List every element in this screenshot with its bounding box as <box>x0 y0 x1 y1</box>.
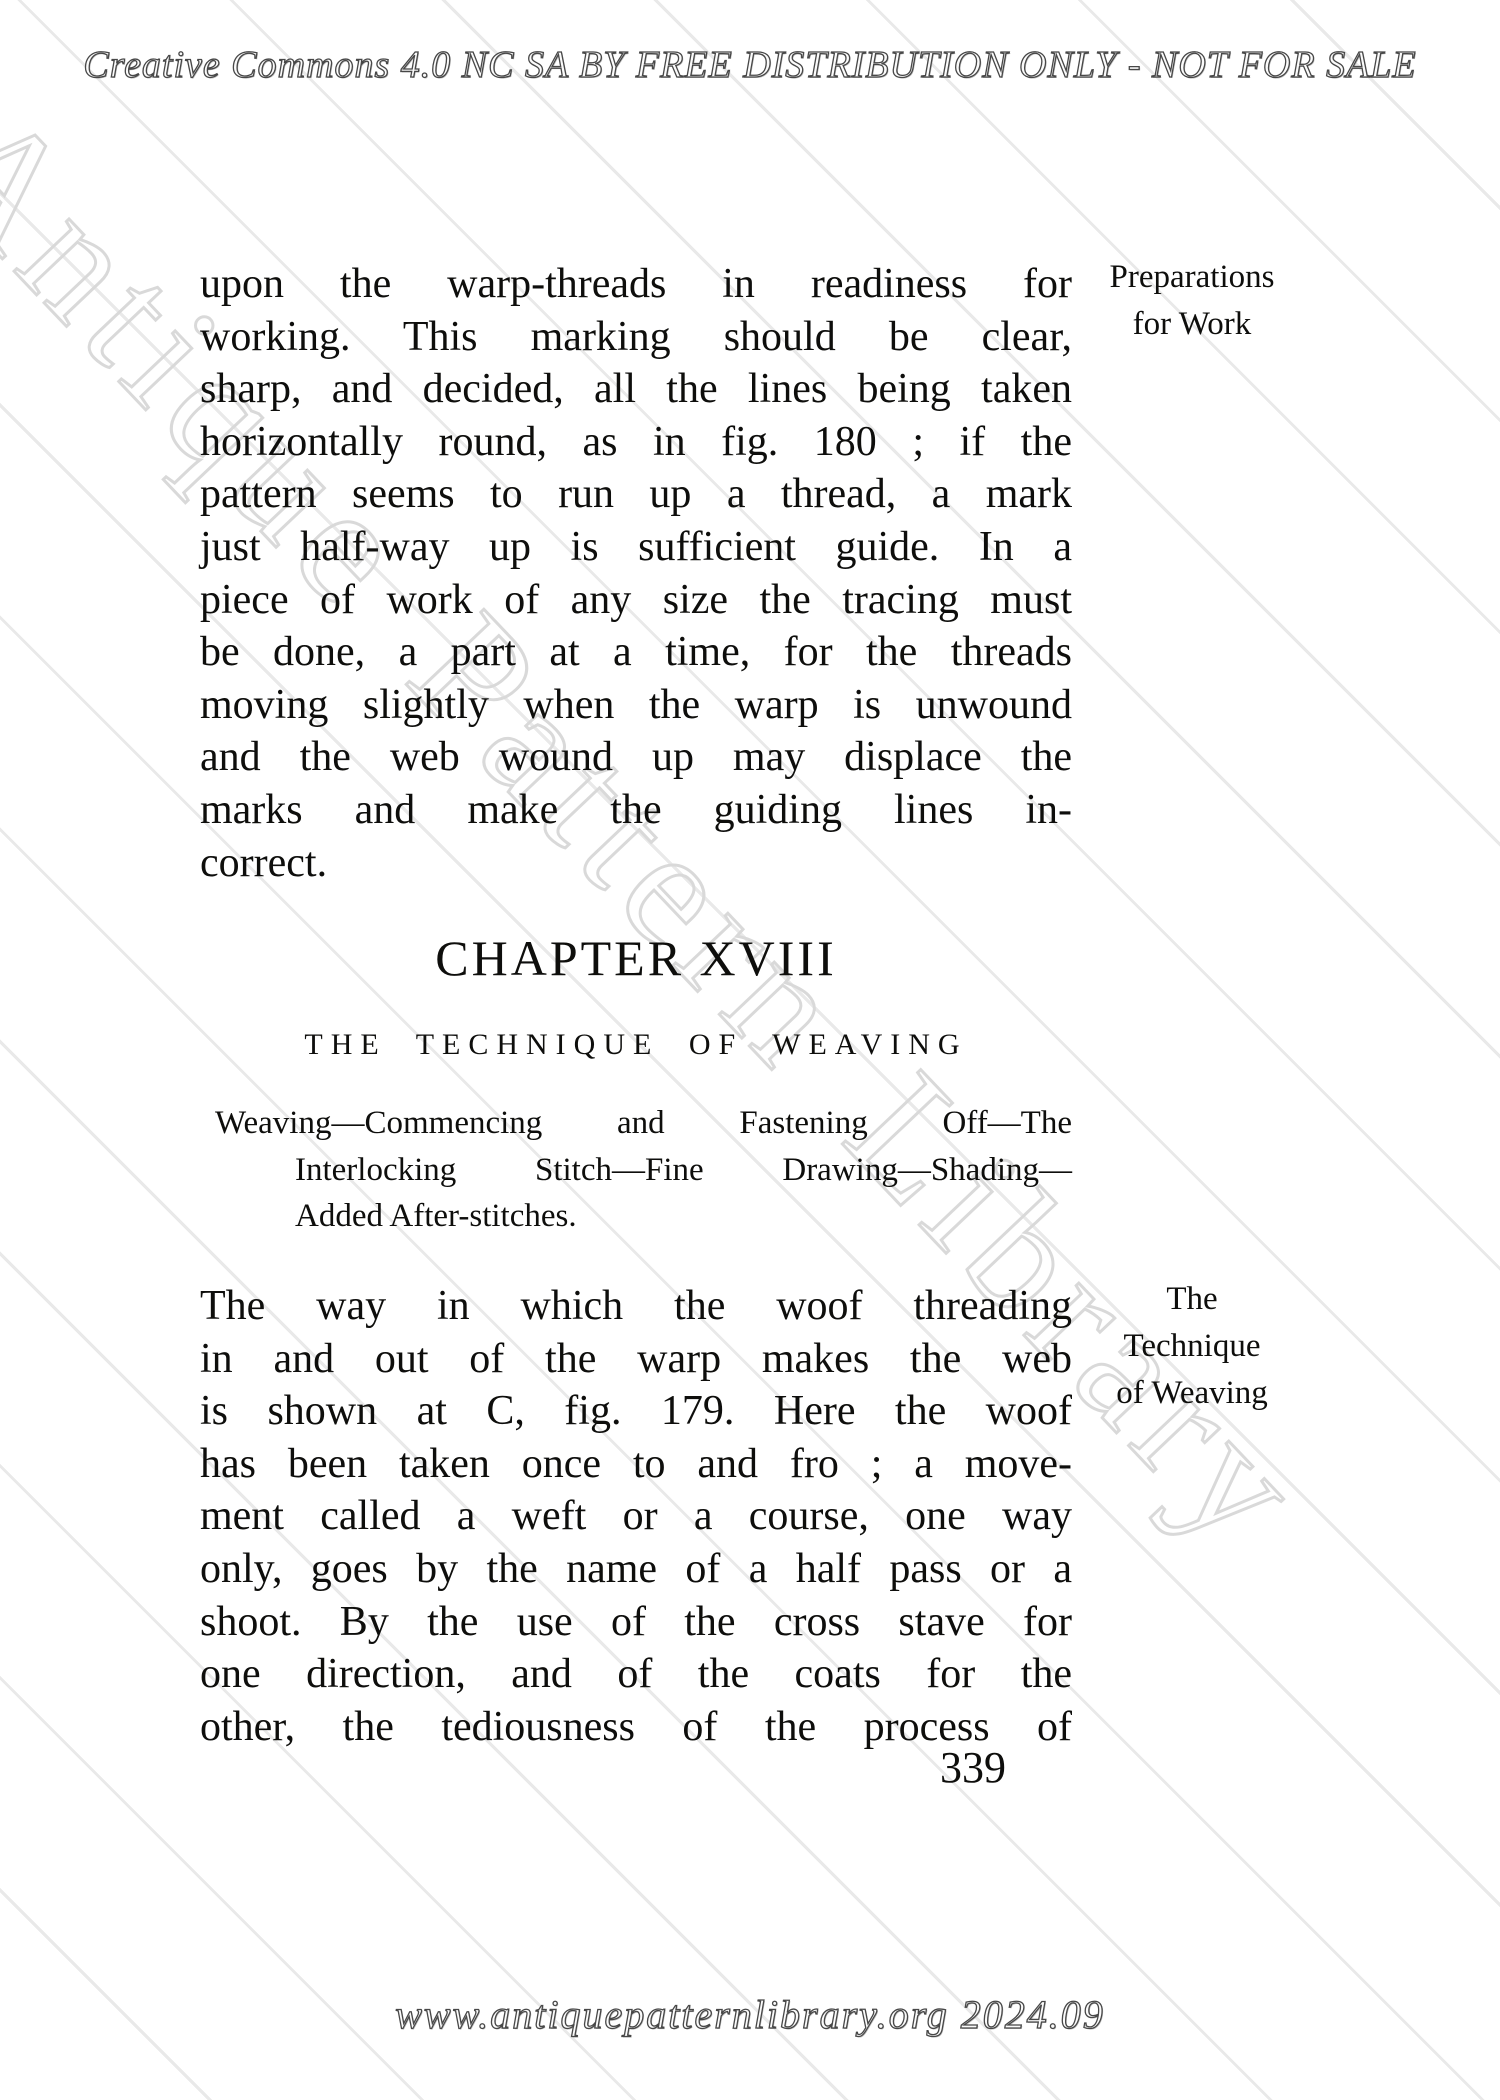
paragraph-2: The way in which the woof threadingin an… <box>200 1280 1072 1753</box>
text-line: and the web wound up may displace the <box>200 731 1072 784</box>
text-line: just half-way up is sufficient guide. In… <box>200 521 1072 574</box>
text-line: has been taken once to and fro ; a move- <box>200 1438 1072 1491</box>
chapter-subtitle: THE TECHNIQUE OF WEAVING <box>200 1026 1072 1064</box>
text-line: horizontally round, as in fig. 180 ; if … <box>200 416 1072 469</box>
chapter-summary: Weaving—Commencing and Fastening Off—The… <box>200 1100 1072 1240</box>
text-line: pattern seems to run up a thread, a mark <box>200 468 1072 521</box>
text-line: in and out of the warp makes the web <box>200 1333 1072 1386</box>
text-line: is shown at C, fig. 179. Here the woof <box>200 1385 1072 1438</box>
text-line: Added After-stitches. <box>200 1193 1072 1240</box>
text-line: ment called a weft or a course, one way <box>200 1490 1072 1543</box>
text-line: sharp, and decided, all the lines being … <box>200 363 1072 416</box>
paragraph-1: upon the warp-threads in readiness forwo… <box>200 258 1072 889</box>
text-line: of Weaving <box>1085 1370 1299 1417</box>
text-line: Weaving—Commencing and Fastening Off—The <box>200 1100 1072 1147</box>
book-page: Antique Pattern Library Creative Commons… <box>0 0 1500 2100</box>
chapter-title: CHAPTER XVIII <box>200 930 1072 986</box>
margin-note-technique: TheTechniqueof Weaving <box>1085 1276 1299 1417</box>
text-line: moving slightly when the warp is unwound <box>200 679 1072 732</box>
text-line: The <box>1085 1276 1299 1323</box>
text-line: piece of work of any size the tracing mu… <box>200 574 1072 627</box>
text-line: marks and make the guiding lines in- <box>200 784 1072 837</box>
text-line: Interlocking Stitch—Fine Drawing—Shading… <box>200 1147 1072 1194</box>
text-line: Technique <box>1085 1323 1299 1370</box>
text-line: The way in which the woof threading <box>200 1280 1072 1333</box>
text-line: only, goes by the name of a half pass or… <box>200 1543 1072 1596</box>
text-line: for Work <box>1085 301 1299 348</box>
text-line: upon the warp-threads in readiness for <box>200 258 1072 311</box>
page-number: 339 <box>940 1742 1006 1794</box>
footer-url: www.antiquepatternlibrary.org 2024.09 <box>0 1990 1500 2040</box>
text-line: be done, a part at a time, for the threa… <box>200 626 1072 679</box>
margin-note-preparations: Preparationsfor Work <box>1085 254 1299 348</box>
text-line: working. This marking should be clear, <box>200 311 1072 364</box>
license-header: Creative Commons 4.0 NC SA BY FREE DISTR… <box>0 40 1500 90</box>
text-line: shoot. By the use of the cross stave for <box>200 1596 1072 1649</box>
text-line: correct. <box>200 837 1072 890</box>
text-line: Preparations <box>1085 254 1299 301</box>
text-line: one direction, and of the coats for the <box>200 1648 1072 1701</box>
